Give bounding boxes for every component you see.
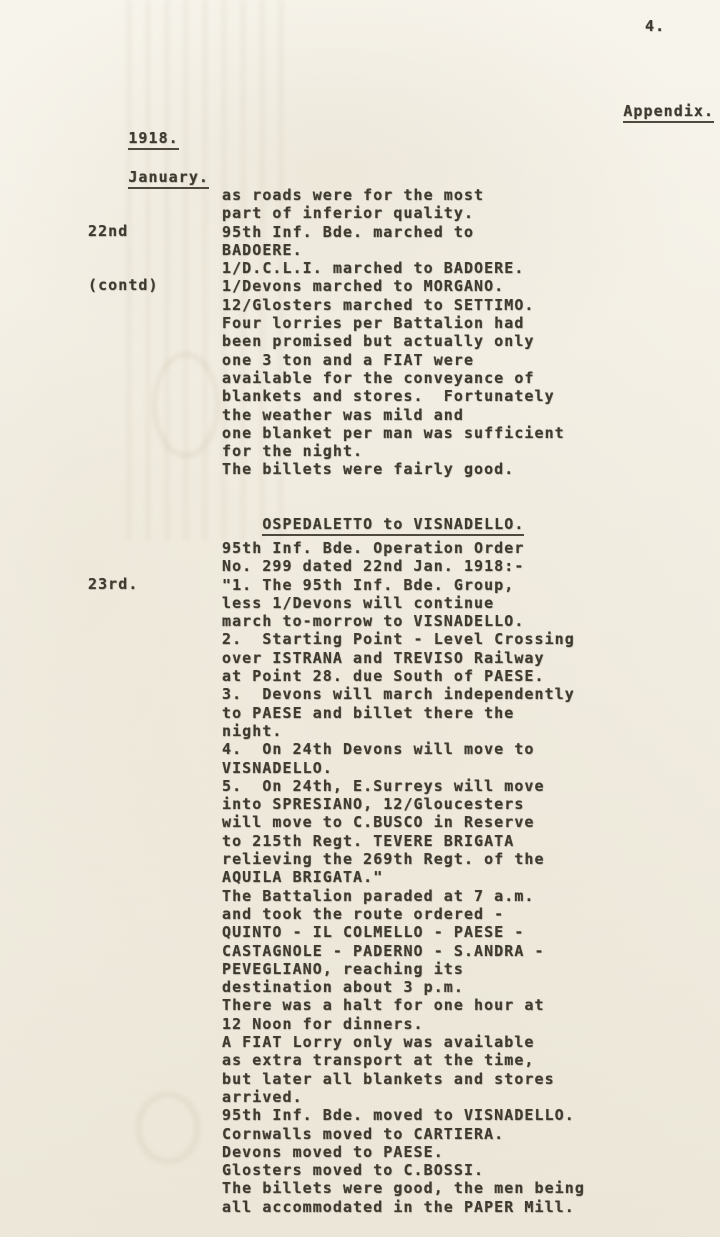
text-line: one blanket per man was sufficient [222,424,565,442]
text-line: arrived. [222,1088,585,1106]
text-line: available for the conveyance of [222,369,565,387]
text-line: PEVEGLIANO, reaching its [222,960,585,978]
text-line: relieving the 269th Regt. of the [222,850,585,868]
text-line: night. [222,722,585,740]
entry-body-22nd: as roads were for the mostpart of inferi… [222,186,565,479]
entry-date-note: (contd) [88,276,159,294]
text-line: 5. On 24th, E.Surreys will move [222,777,585,795]
text-line: 1/Devons marched to MORGANO. [222,277,565,295]
text-line: Cornwalls moved to CARTIERA. [222,1125,585,1143]
page-number: 4. [645,17,665,35]
text-line: 95th Inf. Bde. Operation Order [222,539,585,557]
text-line: "1. The 95th Inf. Bde. Group, [222,576,585,594]
text-line: march to-morrow to VISNADELLO. [222,612,585,630]
entry-date-23rd: 23rd. [88,539,138,629]
text-line: 95th Inf. Bde. moved to VISNADELLO. [222,1106,585,1124]
text-line: to 215th Regt. TEVERE BRIGATA [222,832,585,850]
text-line: VISNADELLO. [222,759,585,777]
text-line: 12 Noon for dinners. [222,1015,585,1033]
text-line: No. 299 dated 22nd Jan. 1918:- [222,557,585,575]
text-line: 12/Glosters marched to SETTIMO. [222,296,565,314]
entry-body-23rd: 95th Inf. Bde. Operation OrderNo. 299 da… [222,539,585,1216]
text-line: all accommodated in the PAPER Mill. [222,1198,585,1216]
text-line: destination about 3 p.m. [222,978,585,996]
text-line: to PAESE and billet there the [222,704,585,722]
text-line: The billets were good, the men being [222,1179,585,1197]
text-line: at Point 28. due South of PAESE. [222,667,585,685]
text-line: as extra transport at the time, [222,1051,585,1069]
paper-ghost-mark [136,1092,200,1164]
text-line: Devons moved to PAESE. [222,1143,585,1161]
text-line: 3. Devons will march independently [222,685,585,703]
text-line: Glosters moved to C.BOSSI. [222,1161,585,1179]
text-line: 4. On 24th Devons will move to [222,740,585,758]
text-line: but later all blankets and stores [222,1070,585,1088]
document-page: 4. Appendix. 1918. January. 22nd (contd)… [0,0,720,1237]
paper-ghost-mark [152,352,220,458]
entry-date-label: 23rd. [88,575,138,593]
text-line: BADOERE. [222,241,565,259]
text-line: one 3 ton and a FIAT were [222,351,565,369]
text-line: as roads were for the most [222,186,565,204]
text-line: less 1/Devons will continue [222,594,585,612]
text-line: into SPRESIANO, 12/Gloucesters [222,795,585,813]
text-line: 95th Inf. Bde. marched to [222,223,565,241]
text-line: 1/D.C.L.I. marched to BADOERE. [222,259,565,277]
text-line: There was a halt for one hour at [222,996,585,1014]
appendix-heading: Appendix. [583,84,714,141]
entry-date-label: 22nd [88,222,159,240]
text-line: The billets were fairly good. [222,460,565,478]
text-line: and took the route ordered - [222,905,585,923]
text-line: will move to C.BUSCO in Reserve [222,813,585,831]
text-line: A FIAT Lorry only was available [222,1033,585,1051]
text-line: the weather was mild and [222,406,565,424]
section-heading-text: OSPEDALETTO to VISNADELLO. [262,515,524,536]
text-line: over ISTRANA and TREVISO Railway [222,649,585,667]
text-line: CASTAGNOLE - PADERNO - S.ANDRA - [222,942,585,960]
year-heading-text: 1918. [128,129,178,150]
text-line: part of inferior quality. [222,204,565,222]
entry-date-22nd: 22nd (contd) [88,186,159,331]
text-line: been promised but actually only [222,332,565,350]
text-line: QUINTO - IL COLMELLO - PAESE - [222,923,585,941]
text-line: for the night. [222,442,565,460]
text-line: 2. Starting Point - Level Crossing [222,630,585,648]
text-line: blankets and stores. Fortunately [222,387,565,405]
text-line: The Battalion paraded at 7 a.m. [222,887,585,905]
appendix-heading-text: Appendix. [623,102,714,123]
text-line: AQUILA BRIGATA." [222,868,585,886]
text-line: Four lorries per Battalion had [222,314,565,332]
